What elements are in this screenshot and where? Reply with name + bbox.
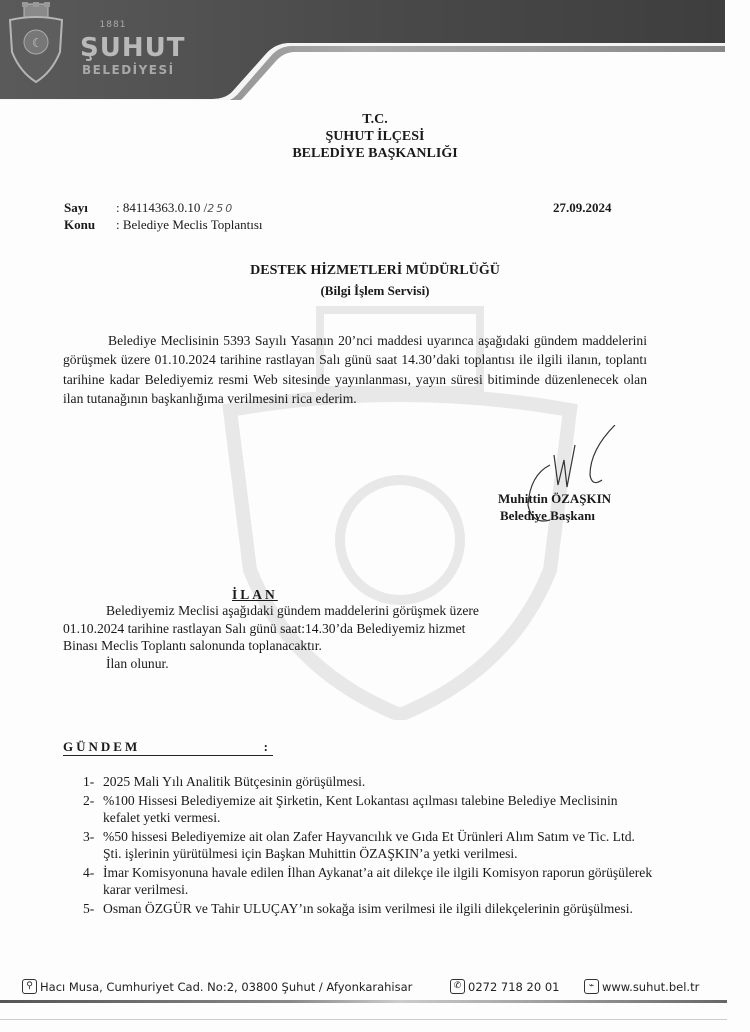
agenda-item-number: 3- — [83, 828, 94, 846]
location-pin-icon: ⚲ — [22, 979, 37, 994]
signatory-name: Muhittin ÖZAŞKIN — [498, 490, 611, 507]
letterhead-tc: T.C. — [0, 112, 750, 128]
agenda-item-number: 5- — [83, 900, 94, 918]
reference-number: Sayı: 84114363.0.10 /250 — [64, 200, 234, 216]
agenda-item-text: %100 Hissesi Belediyemize ait Şirketin, … — [103, 793, 618, 826]
document-date: 27.09.2024 — [553, 200, 612, 216]
brand-name: ŞUHUT — [80, 33, 185, 63]
sayi-handwritten: 250 — [207, 202, 234, 215]
letterhead-district: ŞUHUT İLÇESİ — [0, 129, 750, 145]
konu-label: Konu — [64, 217, 116, 233]
footer-address: ⚲ Hacı Musa, Cumhuriyet Cad. No:2, 03800… — [22, 979, 412, 994]
announcement-line: 01.10.2024 tarihine rastlayan Salı günü … — [63, 620, 503, 638]
department-subtitle: (Bilgi İşlem Servisi) — [0, 283, 750, 299]
announcement-body: Belediyemiz Meclisi aşağıdaki gündem mad… — [63, 602, 503, 672]
svg-text:☾: ☾ — [32, 36, 43, 50]
phone-icon: ✆ — [450, 979, 465, 994]
footer-divider-thin — [0, 1019, 727, 1020]
agenda-item: 3-%50 hissesi Belediyemize ait olan Zafe… — [83, 828, 653, 863]
web-icon: ⌁ — [584, 979, 599, 994]
letterhead-banner: ☾ 1881 ŞUHUT BELEDİYESİ — [0, 0, 750, 100]
signatory-title: Belediye Başkanı — [498, 507, 611, 524]
address-text: Hacı Musa, Cumhuriyet Cad. No:2, 03800 Ş… — [40, 980, 412, 994]
konu-value: : Belediye Meclis Toplantısı — [116, 217, 263, 232]
brand-year: 1881 — [80, 20, 146, 30]
agenda-title: GÜNDEM : — [63, 739, 273, 756]
footer-divider — [0, 1000, 727, 1003]
agenda-item: 1-2025 Mali Yılı Analitik Bütçesinin gör… — [83, 773, 653, 791]
municipality-crest-icon: ☾ — [0, 0, 72, 84]
agenda-colon: : — [264, 739, 271, 755]
footer-phone: ✆ 0272 718 20 01 — [450, 979, 559, 994]
agenda-item-number: 2- — [83, 792, 94, 810]
letterhead-office: BELEDİYE BAŞKANLIĞI — [0, 146, 750, 162]
agenda-item-text: İmar Komisyonuna havale edilen İlhan Ayk… — [103, 865, 652, 898]
sayi-label: Sayı — [64, 200, 116, 216]
website-link[interactable]: www.suhut.bel.tr — [602, 980, 699, 994]
body-paragraph: Belediye Meclisinin 5393 Sayılı Yasanın … — [63, 331, 647, 408]
agenda-item: 4-İmar Komisyonuna havale edilen İlhan A… — [83, 864, 653, 899]
agenda-title-text: GÜNDEM — [63, 739, 140, 754]
footer-website[interactable]: ⌁ www.suhut.bel.tr — [584, 979, 699, 994]
sayi-value: : 84114363.0.10 / — [116, 200, 207, 215]
agenda-item-number: 1- — [83, 773, 94, 791]
announcement-title: İLAN — [232, 587, 278, 603]
agenda-item: 2-%100 Hissesi Belediyemize ait Şirketin… — [83, 792, 653, 827]
agenda-item-text: %50 hissesi Belediyemize ait olan Zafer … — [103, 829, 635, 862]
brand-subtitle: BELEDİYESİ — [82, 63, 175, 77]
phone-text: 0272 718 20 01 — [468, 980, 559, 994]
signature-block: Muhittin ÖZAŞKIN Belediye Başkanı — [498, 490, 611, 524]
department-title: DESTEK HİZMETLERİ MÜDÜRLÜĞÜ — [0, 263, 750, 279]
announcement-line: Binası Meclis Toplantı salonunda toplana… — [63, 637, 503, 655]
announcement-closing: İlan olunur. — [63, 655, 503, 673]
subject: Konu: Belediye Meclis Toplantısı — [64, 217, 263, 233]
agenda-item-number: 4- — [83, 864, 94, 882]
agenda-item: 5-Osman ÖZGÜR ve Tahir ULUÇAY’ın sokağa … — [83, 900, 653, 918]
agenda-item-text: Osman ÖZGÜR ve Tahir ULUÇAY’ın sokağa is… — [103, 901, 633, 916]
announcement-line: Belediyemiz Meclisi aşağıdaki gündem mad… — [63, 602, 503, 620]
agenda-item-text: 2025 Mali Yılı Analitik Bütçesinin görüş… — [103, 774, 365, 789]
agenda-list: 1-2025 Mali Yılı Analitik Bütçesinin gör… — [83, 773, 653, 918]
